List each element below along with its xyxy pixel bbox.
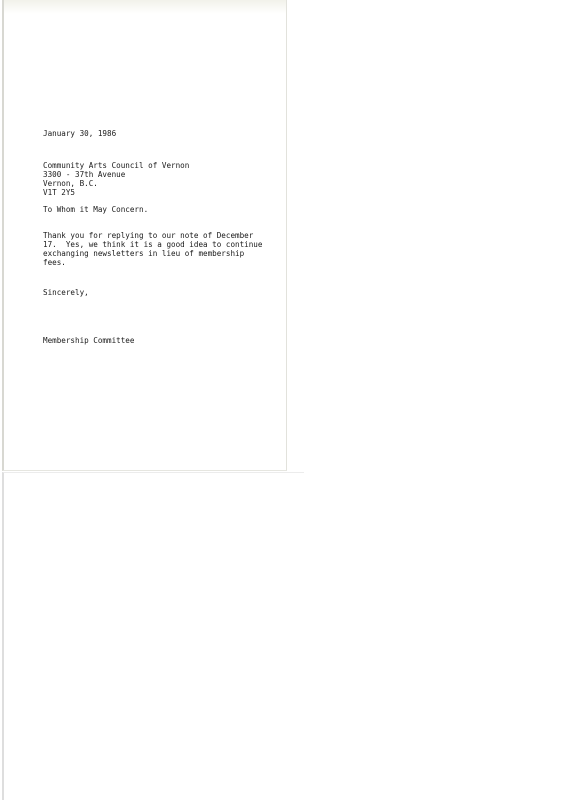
salutation: To Whom it May Concern. — [43, 205, 148, 215]
signature: Membership Committee — [43, 336, 134, 346]
recipient-postal-code: V1T 2Y5 — [43, 188, 75, 198]
letter-date: January 30, 1986 — [43, 129, 116, 139]
closing: Sincerely, — [43, 288, 89, 298]
body-line: fees. — [43, 258, 66, 268]
next-page-edge — [2, 472, 304, 800]
body-line: exchanging newsletters in lieu of member… — [43, 249, 244, 259]
scan-shading — [4, 0, 286, 14]
